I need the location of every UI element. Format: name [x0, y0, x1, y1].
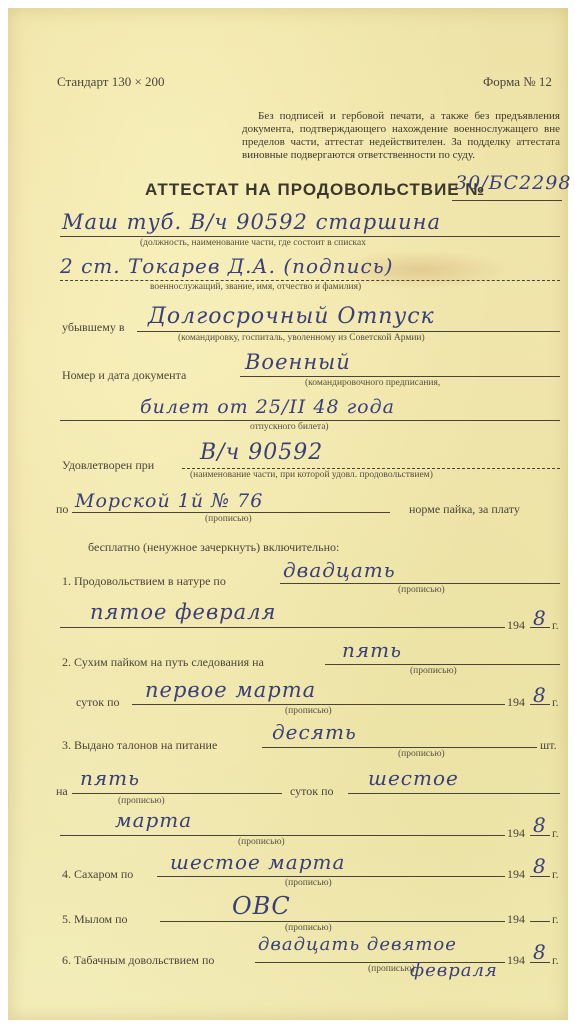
- item1-year-digit: 8: [533, 606, 547, 630]
- item3-year: 194: [507, 826, 525, 841]
- doc-label: Номер и дата документа: [62, 368, 186, 383]
- item6-year-suffix: г.: [552, 953, 559, 968]
- satisfied-label: Удовлетворен при: [62, 458, 154, 473]
- position-line: [60, 236, 560, 237]
- certificate-number: 30/БС2298: [455, 172, 571, 194]
- item2-value-2: первое марта: [145, 678, 316, 702]
- satisfied-line: [182, 468, 560, 469]
- item5-caption: (прописью): [285, 923, 332, 933]
- norm-line: [72, 512, 390, 513]
- item6-caption: (прописью): [368, 964, 415, 974]
- doc-caption-1: (командировочного предписания,: [305, 378, 440, 388]
- norm-suffix: норме пайка, за плату: [409, 502, 520, 517]
- item5-year-line: [530, 921, 550, 922]
- item4-caption: (прописью): [285, 878, 332, 888]
- item1-line-2: [60, 627, 505, 628]
- norm-value: Морской 1й № 76: [75, 490, 263, 512]
- item4-value: шестое марта: [170, 850, 345, 874]
- number-line: [452, 200, 562, 201]
- item2-caption-2: (прописью): [285, 706, 332, 716]
- doc-value-2: билет от 25/II 48 года: [140, 396, 395, 418]
- item1-year-suffix: г.: [552, 618, 559, 633]
- doc-value-1: Военный: [245, 350, 351, 374]
- item1-value-2: пятое февраля: [90, 600, 276, 624]
- item2-label: 2. Сухим пайком на путь следования на: [62, 655, 264, 670]
- item1-line: [280, 583, 560, 584]
- item3-year-digit: 8: [533, 813, 547, 837]
- doc-line-1: [240, 376, 560, 377]
- position-value: Маш туб. В/ч 90592 старшина: [62, 210, 441, 234]
- item3-caption: (прописью): [398, 749, 445, 759]
- item1-value: двадцать: [283, 558, 396, 582]
- norm-caption: (прописью): [205, 514, 252, 524]
- item4-line: [157, 876, 505, 877]
- satisfied-caption: (наименование части, при которой удовл. …: [190, 470, 433, 480]
- validity-notice: Без подписей и гербовой печати, а также …: [242, 110, 560, 162]
- form-number: Форма № 12: [483, 74, 552, 90]
- departed-label: убывшему в: [62, 320, 125, 335]
- free-text: бесплатно (ненужное зачеркнуть) включите…: [88, 540, 339, 555]
- item1-caption: (прописью): [398, 585, 445, 595]
- document-title: АТТЕСТАТ НА ПРОДОВОЛЬСТВИЕ №: [145, 180, 485, 200]
- item6-label: 6. Табачным довольствием по: [62, 953, 214, 968]
- item6-year-digit: 8: [533, 940, 547, 964]
- item3-caption-2: (прописью): [118, 796, 165, 806]
- item6-value: двадцать девятое: [258, 934, 457, 955]
- person-value: 2 ст. Токарев Д.А. (подпись): [60, 254, 393, 278]
- satisfied-value: В/ч 90592: [200, 440, 323, 465]
- item1-label: 1. Продовольствием в натуре по: [62, 574, 226, 589]
- item2-year-suffix: г.: [552, 695, 559, 710]
- item2-line: [325, 664, 560, 665]
- person-line: [60, 280, 560, 281]
- person-caption: военнослужащий, звание, имя, отчество и …: [150, 282, 361, 292]
- item3-unit: шт.: [540, 738, 557, 753]
- item3-value-3: шестое: [368, 766, 459, 790]
- item4-label: 4. Сахаром по: [62, 867, 133, 882]
- doc-line-2: [60, 420, 560, 421]
- item3-label: 3. Выдано талонов на питание: [62, 738, 217, 753]
- item2-year-digit: 8: [533, 683, 547, 707]
- item3-line-4: [60, 835, 505, 836]
- item6-year: 194: [507, 953, 525, 968]
- item5-year-suffix: г.: [552, 912, 559, 927]
- departed-caption: (командировку, госпиталь, уволенному из …: [178, 333, 425, 343]
- item6-value-2: февраля: [410, 960, 498, 981]
- item3-value-2: пять: [80, 766, 140, 790]
- item3-line-3: [348, 793, 560, 794]
- departed-line: [137, 331, 560, 332]
- item5-line: [160, 921, 505, 922]
- item3-year-suffix: г.: [552, 826, 559, 841]
- item4-year: 194: [507, 867, 525, 882]
- item5-year: 194: [507, 912, 525, 927]
- item5-label: 5. Мылом по: [62, 912, 128, 927]
- item5-value: ОВС: [232, 892, 291, 920]
- item3-value: десять: [272, 720, 357, 744]
- item3-line: [262, 747, 537, 748]
- item2-value: пять: [342, 638, 402, 662]
- item3-line-2: [72, 793, 282, 794]
- item2-caption: (прописью): [410, 666, 457, 676]
- item3-label-2: суток по: [290, 784, 334, 799]
- item3-caption-4: (прописью): [238, 837, 285, 847]
- item4-year-digit: 8: [533, 854, 547, 878]
- item4-year-suffix: г.: [552, 867, 559, 882]
- item3-prefix: на: [56, 784, 68, 799]
- departed-value: Долгосрочный Отпуск: [148, 304, 435, 329]
- position-caption: (должность, наименование части, где сост…: [140, 238, 366, 248]
- norm-prefix: по: [56, 502, 68, 517]
- item1-year: 194: [507, 618, 525, 633]
- item2-line-2: [132, 704, 505, 705]
- item2-year: 194: [507, 695, 525, 710]
- standard-label: Стандарт 130 × 200: [57, 74, 165, 90]
- doc-caption-2: отпускного билета): [250, 422, 329, 432]
- item3-value-4: марта: [115, 808, 192, 832]
- item2-label-2: суток по: [76, 695, 120, 710]
